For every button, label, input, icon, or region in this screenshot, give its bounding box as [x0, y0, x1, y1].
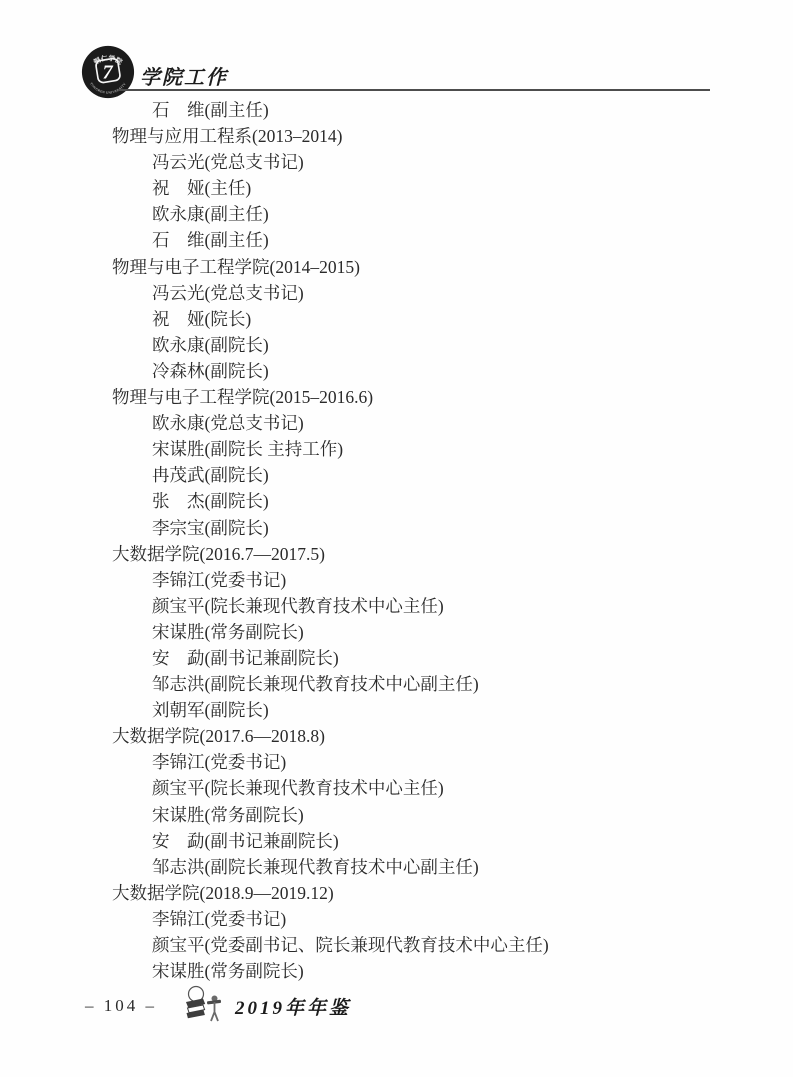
staff-entry: 张 杰(副院长) [0, 488, 793, 514]
staff-entry: 邹志洪(副院长兼现代教育技术中心副主任) [0, 671, 793, 697]
staff-entry: 刘朝军(副院长) [0, 697, 793, 723]
section-heading: 物理与电子工程学院(2014–2015) [0, 254, 793, 280]
staff-entry: 冷森林(副院长) [0, 358, 793, 384]
page-footer: – 104 – 2019年年鉴 [85, 985, 351, 1025]
staff-entry: 颜宝平(党委副书记、院长兼现代教育技术中心主任) [0, 932, 793, 958]
page-number: – 104 – [85, 996, 157, 1016]
staff-entry: 祝 娅(主任) [0, 175, 793, 201]
yearbook-page: 铜仁学院 TONGREN UNIVERSITY 7 学院工作 石 维(副主任)物… [0, 0, 793, 1077]
staff-entry: 宋谋胜(常务副院长) [0, 802, 793, 828]
header-rule [118, 89, 710, 91]
staff-list: 石 维(副主任)物理与应用工程系(2013–2014)冯云光(党总支书记)祝 娅… [0, 97, 793, 984]
seal-numeral: 7 [102, 61, 113, 83]
staff-entry: 冯云光(党总支书记) [0, 149, 793, 175]
section-heading: 大数据学院(2016.7—2017.5) [0, 541, 793, 567]
staff-entry: 颜宝平(院长兼现代教育技术中心主任) [0, 593, 793, 619]
staff-entry: 李宗宝(副院长) [0, 515, 793, 541]
section-heading: 大数据学院(2018.9—2019.12) [0, 880, 793, 906]
staff-entry: 宋谋胜(副院长 主持工作) [0, 436, 793, 462]
section-heading: 物理与应用工程系(2013–2014) [0, 123, 793, 149]
staff-entry: 邹志洪(副院长兼现代教育技术中心副主任) [0, 854, 793, 880]
staff-entry: 安 勐(副书记兼副院长) [0, 828, 793, 854]
staff-entry: 祝 娅(院长) [0, 306, 793, 332]
page-header-title: 学院工作 [140, 61, 228, 90]
staff-entry: 欧永康(副院长) [0, 332, 793, 358]
staff-entry: 石 维(副主任) [0, 227, 793, 253]
books-and-reader-icon [181, 985, 227, 1025]
staff-entry: 宋谋胜(常务副院长) [0, 958, 793, 984]
staff-entry: 冉茂武(副院长) [0, 462, 793, 488]
section-heading: 物理与电子工程学院(2015–2016.6) [0, 384, 793, 410]
staff-entry: 安 勐(副书记兼副院长) [0, 645, 793, 671]
section-heading: 大数据学院(2017.6—2018.8) [0, 723, 793, 749]
staff-entry: 李锦江(党委书记) [0, 567, 793, 593]
staff-entry: 欧永康(党总支书记) [0, 410, 793, 436]
university-seal-logo: 铜仁学院 TONGREN UNIVERSITY 7 [80, 44, 136, 100]
staff-entry: 欧永康(副主任) [0, 201, 793, 227]
staff-entry: 李锦江(党委书记) [0, 906, 793, 932]
staff-entry: 颜宝平(院长兼现代教育技术中心主任) [0, 775, 793, 801]
staff-entry: 李锦江(党委书记) [0, 749, 793, 775]
staff-entry: 冯云光(党总支书记) [0, 280, 793, 306]
staff-entry: 宋谋胜(常务副院长) [0, 619, 793, 645]
staff-entry: 石 维(副主任) [0, 97, 793, 123]
yearbook-title: 2019年年鉴 [235, 993, 351, 1020]
